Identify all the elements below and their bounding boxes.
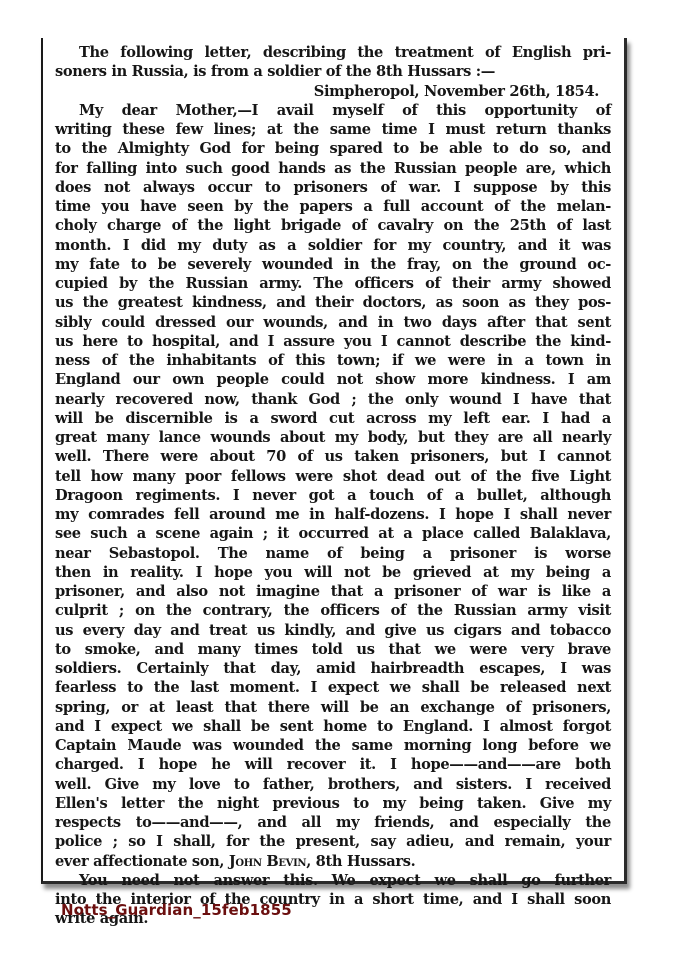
letter-line: time you have seen by the papers a full … — [55, 197, 611, 216]
letter-line: us every day and treat us kindly, and gi… — [55, 621, 611, 640]
letter-line: ness of the inhabitants of this town; if… — [55, 351, 611, 370]
newspaper-clipping: The following letter, describing the tre… — [41, 38, 627, 884]
letter-line: see such a scene again ; it occurred at … — [55, 524, 611, 543]
signature-name: John Bevin — [229, 853, 306, 870]
letter-line: near Sebastopol. The name of being a pri… — [55, 544, 611, 563]
letter-line: choly charge of the light brigade of cav… — [55, 216, 611, 235]
letter-line: month. I did my duty as a soldier for my… — [55, 236, 611, 255]
letter-line: then in reality. I hope you will not be … — [55, 563, 611, 582]
letter-line: to smoke, and many times told us that we… — [55, 640, 611, 659]
letter-line: my comrades fell around me in half-dozen… — [55, 505, 611, 524]
letter-line: spring, or at least that there will be a… — [55, 698, 611, 717]
letter-line: respects to——and——, and all my friends, … — [55, 813, 611, 832]
letter-line: Captain Maude was wounded the same morni… — [55, 736, 611, 755]
letter-line: sibly could dressed our wounds, and in t… — [55, 313, 611, 332]
letter-line: will be discernible is a sword cut acros… — [55, 409, 611, 428]
letter-line: My dear Mother,—I avail myself of this o… — [55, 101, 611, 120]
letter-line: nearly recovered now, thank God ; the on… — [55, 390, 611, 409]
letter-line: fearless to the last moment. I expect we… — [55, 678, 611, 697]
intro-line: The following letter, describing the tre… — [55, 43, 611, 62]
letter-line: Ellen's letter the night previous to my … — [55, 794, 611, 813]
letter-line: England our own people could not show mo… — [55, 370, 611, 389]
letter-line: police ; so I shall, for the present, sa… — [55, 832, 611, 851]
letter-line: to the Almighty God for being spared to … — [55, 139, 611, 158]
letter-line: tell how many poor fellows were shot dea… — [55, 467, 611, 486]
letter-line: well. There were about 70 of us taken pr… — [55, 447, 611, 466]
letter-line: and I expect we shall be sent home to En… — [55, 717, 611, 736]
intro-line: soners in Russia, is from a soldier of t… — [55, 62, 611, 81]
letter-line: us here to hospital, and I assure you I … — [55, 332, 611, 351]
letter-line: cupied by the Russian army. The officers… — [55, 274, 611, 293]
clipping-text: The following letter, describing the tre… — [55, 43, 611, 929]
letter-line: well. Give my love to father, brothers, … — [55, 775, 611, 794]
letter-line: us the greatest kindness, and their doct… — [55, 293, 611, 312]
signature-line: ever affectionate son, John Bevin, 8th H… — [55, 852, 611, 871]
letter-line: writing these few lines; at the same tim… — [55, 120, 611, 139]
letter-line: great many lance wounds about my body, b… — [55, 428, 611, 447]
letter-line: charged. I hope he will recover it. I ho… — [55, 755, 611, 774]
letter-line: my fate to be severely wounded in the fr… — [55, 255, 611, 274]
postscript-line: You need not answer this. We expect we s… — [55, 871, 611, 890]
letter-line: culprit ; on the contrary, the officers … — [55, 601, 611, 620]
signature-prefix: ever affectionate son, — [55, 853, 229, 870]
source-caption: Notts_Guardian_15feb1855 — [61, 901, 292, 919]
letter-line: for falling into such good hands as the … — [55, 159, 611, 178]
letter-line: does not always occur to prisoners of wa… — [55, 178, 611, 197]
letter-line: soldiers. Certainly that day, amid hairb… — [55, 659, 611, 678]
dateline: Simpheropol, November 26th, 1854. — [55, 82, 611, 101]
letter-line: Dragoon regiments. I never got a touch o… — [55, 486, 611, 505]
signature-suffix: , 8th Hussars. — [306, 853, 415, 870]
letter-line: prisoner, and also not imagine that a pr… — [55, 582, 611, 601]
